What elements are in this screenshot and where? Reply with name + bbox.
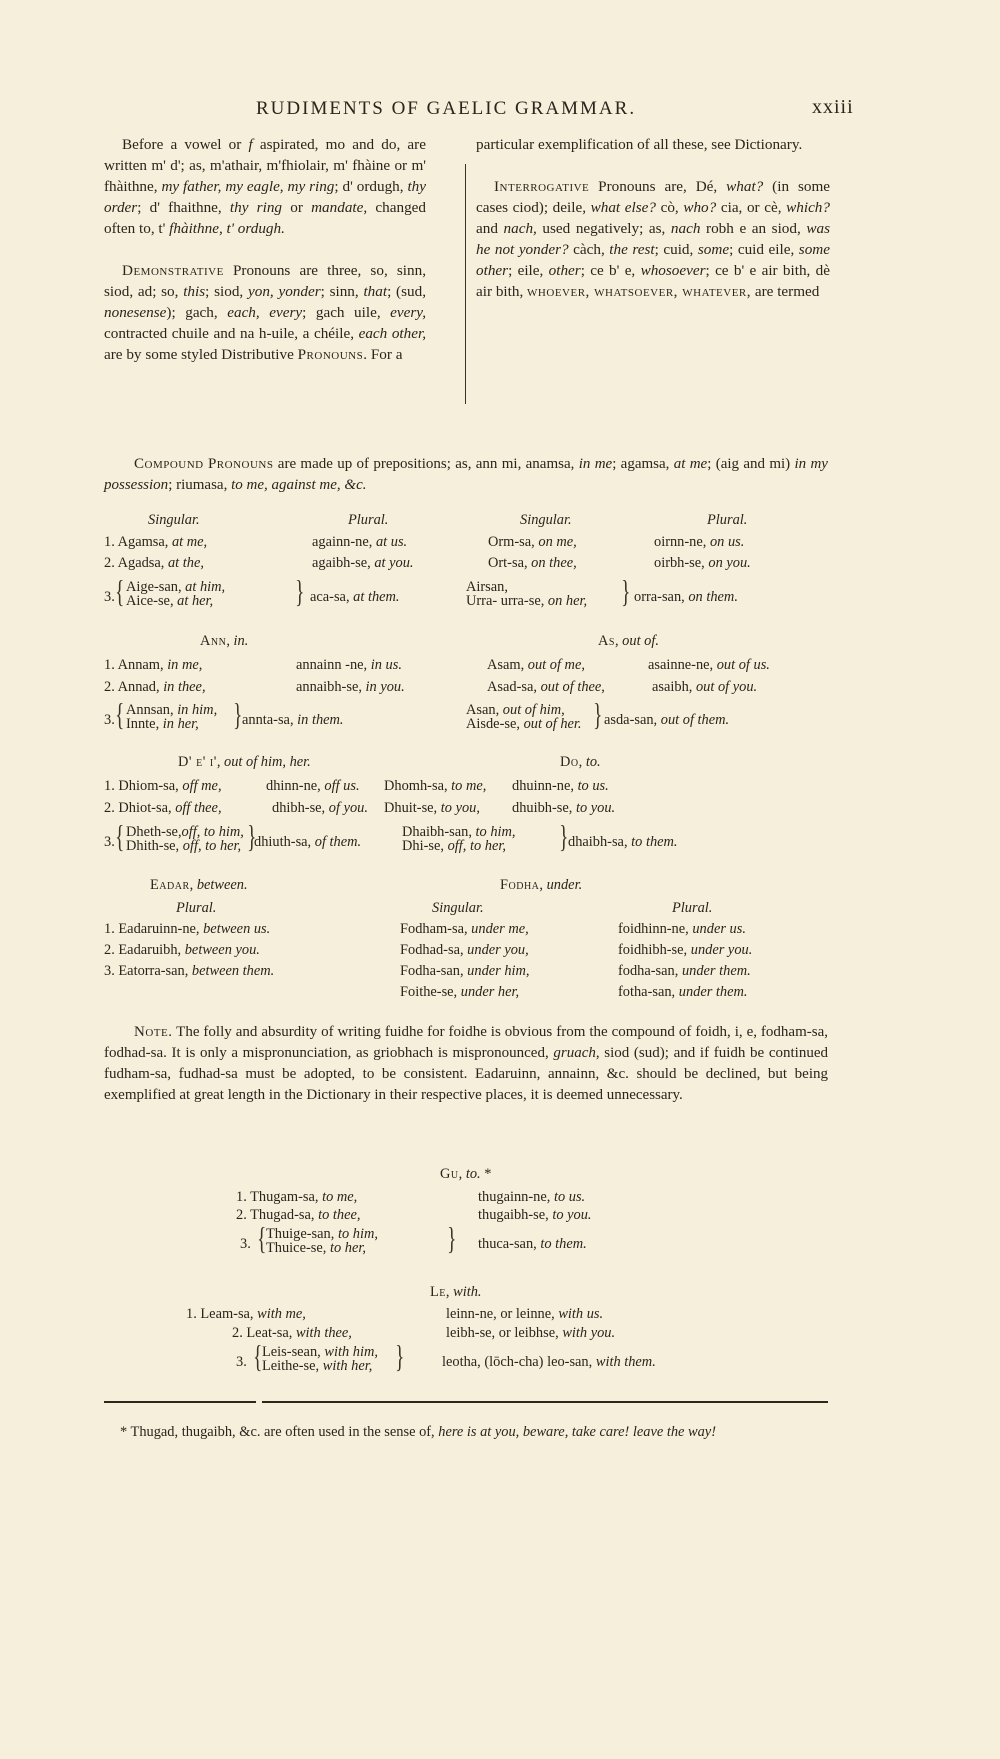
right-column: particular exemplification of all these,… [476,134,830,302]
table-cell: dhiuth-sa, of them. [254,834,361,851]
table-row: 1. Eadaruinn-ne, between us. [104,921,270,938]
table-row: 2. Eadaruibh, between you. [104,942,260,959]
left-column: Before a vowel or f aspirated, mo and do… [104,134,426,365]
left-brace: { [257,1223,266,1253]
table-cell: oirnn-ne, on us. [654,534,744,551]
table-row: 2. Agadsa, at the, [104,555,204,572]
column-header: Singular. [520,512,572,529]
table-cell-stacked: Annsan, in him, Innte, in her, [126,703,217,731]
column-header: Plural. [672,900,712,917]
table-cell: dhinn-ne, off us. [266,778,360,795]
page-number: xxiii [812,96,854,119]
column-header: Singular. [432,900,484,917]
table-cell: dhibh-se, of you. [272,800,368,817]
table-cell: asda-san, out of them. [604,712,729,729]
column-header: Plural. [707,512,747,529]
row-number: 3. [104,834,115,851]
table-row: 1. Annam, in me, [104,657,202,674]
left-brace: { [115,821,124,851]
table-cell: Asam, out of me, [487,657,585,674]
table-cell: thugainn-ne, to us. [478,1189,585,1206]
table-cell: 2. Thugad-sa, to thee, [236,1207,360,1224]
table-cell: asaibh, out of you. [652,679,757,696]
right-brace: } [621,576,630,606]
table-cell-stacked: Thuige-san, to him, Thuice-se, to her, [266,1227,378,1255]
table-cell: oirbh-se, on you. [654,555,751,572]
section-title: Gu, to. * [440,1166,491,1183]
table-cell: leotha, (lōch-cha) leo-san, with them. [442,1354,656,1371]
right-brace: } [295,576,304,606]
running-header-title: RUDIMENTS OF GAELIC GRAMMAR. [256,98,636,120]
table-cell-stacked: Dhaibh-san, to him, Dhi-se, off, to her, [402,825,516,853]
row-number: 3. [236,1354,247,1371]
row-number: 3. [104,589,115,606]
right-brace: } [559,821,568,851]
table-cell: leibh-se, or leibhse, with you. [446,1325,615,1342]
paragraph-note: Note. The folly and absurdity of writing… [104,1022,828,1106]
table-cell: Foithe-se, under her, [400,984,519,1001]
table-cell: asainne-ne, out of us. [648,657,770,674]
table-cell: dhuibh-se, to you. [512,800,615,817]
section-title: Eadar, between. [150,877,248,894]
book-page: RUDIMENTS OF GAELIC GRAMMAR. xxiii Befor… [0,0,1000,1759]
left-brace: { [115,699,124,729]
paragraph-demonstrative-pronouns: Demonstrative Pronouns are three, so, si… [104,260,426,365]
row-number: 3. [104,712,115,729]
section-title: Do, to. [560,754,601,771]
footnote-rule-left [104,1401,256,1403]
left-brace: { [253,1341,262,1371]
column-header: Plural. [348,512,388,529]
table-cell: aca-sa, at them. [310,589,400,606]
right-brace: } [593,699,602,729]
table-cell: annta-sa, in them. [242,712,344,729]
right-brace: } [233,699,242,729]
table-cell: 2. Leat-sa, with thee, [232,1325,352,1342]
section-title: As, out of. [598,633,659,650]
table-cell: againn-ne, at us. [312,534,407,551]
table-cell: Asad-sa, out of thee, [487,679,605,696]
table-cell: Fodham-sa, under me, [400,921,529,938]
table-cell: Orm-sa, on me, [488,534,577,551]
row-number: 3. [240,1236,251,1253]
table-cell: foidhinn-ne, under us. [618,921,746,938]
table-cell: dhuinn-ne, to us. [512,778,609,795]
table-cell: leinn-ne, or leinne, with us. [446,1306,603,1323]
paragraph-interrogative-pronouns: Interrogative Pronouns are, Dé, what? (i… [476,176,830,302]
table-cell: thugaibh-se, to you. [478,1207,592,1224]
footnote-marker: * [484,1166,491,1182]
table-cell: orra-san, on them. [634,589,738,606]
table-cell: 1. Leam-sa, with me, [186,1306,306,1323]
table-row: 3. Eatorra-san, between them. [104,963,274,980]
table-cell: annaibh-se, in you. [296,679,405,696]
table-cell: Fodhad-sa, under you, [400,942,529,959]
table-cell-stacked: Leis-sean, with him, Leithe-se, with her… [262,1345,378,1373]
table-cell: foidhibh-se, under you. [618,942,752,959]
right-brace: } [447,1223,456,1253]
table-cell: Ort-sa, on thee, [488,555,577,572]
table-row: 2. Dhiot-sa, off thee, [104,800,222,817]
table-cell: dhaibh-sa, to them. [568,834,678,851]
section-title: Le, with. [430,1284,482,1301]
section-title: Ann, in. [200,633,248,650]
table-cell: thuca-san, to them. [478,1236,587,1253]
table-cell: Fodha-san, under him, [400,963,530,980]
right-brace: } [395,1341,404,1371]
table-cell-stacked: Aige-san, at him, Aice-se, at her, [126,580,225,608]
table-cell: Dhomh-sa, to me, [384,778,486,795]
column-header: Singular. [148,512,200,529]
section-title: D' e' i', out of him, her. [178,754,311,771]
table-cell: 1. Thugam-sa, to me, [236,1189,357,1206]
table-row: 1. Dhiom-sa, off me, [104,778,222,795]
table-row: 1. Agamsa, at me, [104,534,207,551]
footnote: * Thugad, thugaibh, &c. are often used i… [104,1423,828,1441]
paragraph-compound-pronouns: Compound Pronouns are made up of preposi… [104,454,828,496]
paragraph-continuation: particular exemplification of all these,… [476,134,830,155]
table-cell: agaibh-se, at you. [312,555,414,572]
table-row: 2. Annad, in thee, [104,679,206,696]
section-title: Fodha, under. [500,877,582,894]
paragraph-aspirated-vowel: Before a vowel or f aspirated, mo and do… [104,134,426,239]
table-cell-stacked: Dheth-se,off, to him, Dhith-se, off, to … [126,825,244,853]
table-cell: fotha-san, under them. [618,984,748,1001]
table-cell: fodha-san, under them. [618,963,751,980]
column-divider [465,164,466,404]
left-brace: { [115,576,124,606]
table-cell: annainn -ne, in us. [296,657,402,674]
table-cell-stacked: Airsan, Urra- urra-se, on her, [466,580,587,608]
footnote-rule-right [262,1401,828,1403]
column-header: Plural. [176,900,216,917]
table-cell-stacked: Asan, out of him, Aisde-se, out of her. [466,703,582,731]
table-cell: Dhuit-se, to you, [384,800,480,817]
